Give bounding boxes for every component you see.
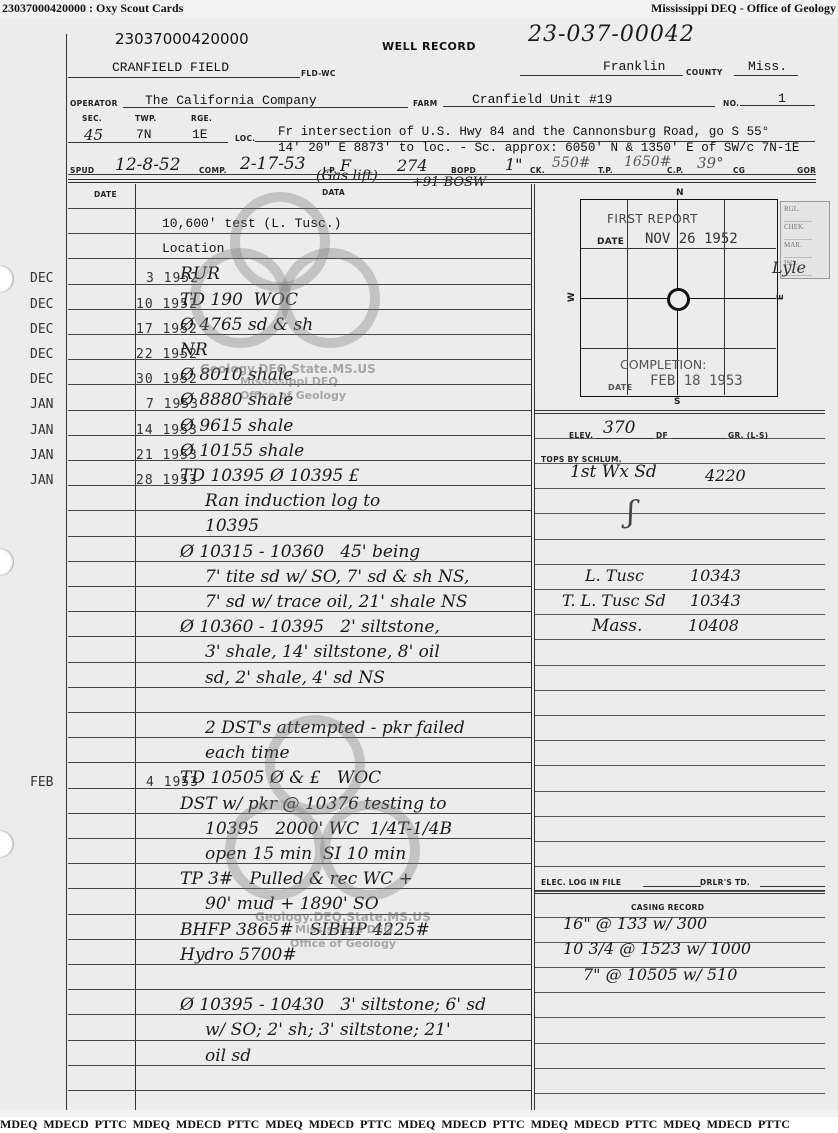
- completion-label: COMPLETION:: [620, 357, 706, 372]
- plat-grid-line: [581, 248, 776, 249]
- ledger-rule: [68, 662, 531, 663]
- right-panel-rule: [535, 488, 825, 489]
- right-panel-rule: [535, 410, 825, 411]
- right-panel-rule: [535, 413, 825, 414]
- watermark-logo-ring: [225, 800, 325, 900]
- check-stamp-item: MAR.: [784, 241, 812, 258]
- well-location-marker-icon: [667, 288, 690, 311]
- ledger-entry-text: 3' shale, 14' siltstone, 8' oil: [205, 642, 440, 662]
- completion-date-label: DATE: [608, 383, 632, 392]
- right-panel-rule: [535, 791, 825, 792]
- watermark-line-3: Office of Geology: [240, 389, 346, 402]
- ledger-date-month: DEC: [30, 322, 53, 337]
- ledger-entry-text: Ran induction log to: [205, 491, 380, 511]
- gr-label: GR. (L-S): [728, 431, 768, 440]
- plat-south: S: [674, 397, 681, 407]
- ledger-entry-text: 7' sd w/ trace oil, 21' shale NS: [205, 592, 468, 612]
- ledger-rule: [68, 989, 531, 990]
- plat-north: N: [676, 188, 684, 198]
- right-panel-rule: [535, 690, 825, 691]
- top-name: L. Tusc: [585, 566, 644, 585]
- ledger-date-month: DEC: [30, 271, 53, 286]
- right-panel-rule: [535, 715, 825, 716]
- ledger-entry-text: Ø 10155 shale: [180, 441, 304, 461]
- right-panel-rule: [535, 513, 825, 514]
- top-name: 1st Wx Sd: [570, 462, 657, 482]
- elec-log-underline: [643, 886, 701, 887]
- right-panel-rule: [535, 890, 825, 891]
- footer-watermark: MDEQ MDECD PTTC MDEQ MDECD PTTC MDEQ MDE…: [0, 1117, 838, 1133]
- ledger-entry-text: sd, 2' shale, 4' sd NS: [205, 668, 385, 688]
- casing-row: 10 3/4 @ 1523 w/ 1000: [563, 939, 751, 958]
- ledger-rule: [68, 410, 531, 411]
- ledger-date-month: JAN: [30, 473, 53, 488]
- right-panel-rule: [535, 740, 825, 741]
- right-panel-rule: [535, 992, 825, 993]
- ledger-rule: [68, 1065, 531, 1066]
- plat-west: W: [567, 292, 577, 302]
- first-report-label: FIRST REPORT: [607, 212, 698, 226]
- right-panel-rule: [535, 866, 825, 867]
- top-name: T. L. Tusc Sd: [562, 591, 666, 610]
- ledger-entry-text: w/ SO; 2' sh; 3' siltstone; 21': [205, 1020, 451, 1040]
- drillers-td-underline: [760, 886, 825, 887]
- top-depth: 10343: [690, 591, 741, 610]
- ledger-rule: [68, 712, 531, 713]
- right-panel-rule: [535, 589, 825, 590]
- watermark-line-2: Mississippi DEQ: [295, 923, 393, 936]
- ledger-date-month: JAN: [30, 397, 53, 412]
- df-label: DF: [656, 431, 668, 440]
- elev-underline: [596, 438, 653, 439]
- drillers-td-label: DRLR'S TD.: [700, 878, 750, 887]
- watermark-logo-ring: [320, 800, 420, 900]
- right-panel-rule: [535, 564, 825, 565]
- watermark-line-1: Geology.DEQ.State.MS.US: [255, 910, 431, 924]
- right-panel-rule: [535, 665, 825, 666]
- first-report-date-label: DATE: [597, 237, 624, 247]
- right-panel-rule: [535, 614, 825, 615]
- reviewer-initials: Lyle: [772, 258, 806, 277]
- right-panel-rule: [535, 841, 825, 842]
- ledger-rule: [68, 1040, 531, 1041]
- casing-record-label: CASING RECORD: [631, 903, 704, 912]
- ledger-entry-text: NR: [180, 340, 208, 360]
- elev-label: ELEV.: [569, 431, 593, 440]
- casing-row: 7" @ 10505 w/ 510: [583, 965, 737, 984]
- casing-row: 16" @ 133 w/ 300: [563, 914, 707, 933]
- watermark-logo-ring: [190, 248, 290, 348]
- right-panel-rule: [535, 893, 825, 894]
- ledger-date-month: JAN: [30, 423, 53, 438]
- ledger-entry-text: oil sd: [205, 1046, 251, 1066]
- right-panel-rule: [535, 816, 825, 817]
- ledger-entry-text: Ø 9615 shale: [180, 416, 293, 436]
- ledger-entry-text: TD 10395 Ø 10395 £: [180, 466, 360, 486]
- right-panel-rule: [535, 1093, 825, 1094]
- plat-grid-line: [581, 348, 776, 349]
- top-depth: 10343: [690, 566, 741, 585]
- watermark-line-3: Office of Geology: [290, 937, 396, 950]
- right-panel-rule: [535, 539, 825, 540]
- ledger-entry-text: Ø 10360 - 10395 2' siltstone,: [180, 617, 440, 637]
- right-panel-rule: [535, 1068, 825, 1069]
- ledger-date-month: DEC: [30, 297, 53, 312]
- watermark-line-2: Mississippi DEQ: [240, 375, 338, 388]
- ledger-rule: [68, 536, 531, 537]
- plat-east: E: [776, 294, 786, 300]
- ledger-entry-text: 7' tite sd w/ SO, 7' sd & sh NS,: [205, 567, 469, 587]
- top-name: Mass.: [592, 616, 642, 636]
- completion-date: FEB 18 1953: [650, 373, 743, 389]
- ledger-rule: [68, 964, 531, 965]
- check-stamp-item: RGL.: [784, 205, 812, 222]
- top-depth: 10408: [688, 616, 739, 635]
- ledger-rule: [68, 1090, 531, 1091]
- watermark-line-1: Geology.DEQ.State.MS.US: [200, 362, 376, 376]
- first-report-date: NOV 26 1952: [645, 231, 738, 247]
- right-panel-rule: [535, 891, 825, 892]
- watermark-logo-ring: [280, 248, 380, 348]
- elev-value: 370: [603, 418, 635, 438]
- ledger-entry-text: Hydro 5700#: [180, 945, 297, 965]
- ledger-date-month: DEC: [30, 347, 53, 362]
- check-stamp-item: CHEK.: [784, 223, 812, 240]
- right-panel-rule: [535, 765, 825, 766]
- right-panel-rule: [535, 639, 825, 640]
- ledger-entry-text: 10395: [205, 516, 259, 536]
- right-panel-rule: [535, 1043, 825, 1044]
- df-underline: [672, 438, 727, 439]
- right-panel-rule: [535, 1017, 825, 1018]
- ledger-date-month: DEC: [30, 372, 53, 387]
- ledger-date-month: FEB: [30, 775, 53, 790]
- top-depth: 4220: [705, 466, 746, 485]
- continuation-squiggle-icon: ʃ: [627, 495, 635, 530]
- elec-log-label: ELEC. LOG IN FILE: [541, 878, 621, 887]
- ledger-entry-text: Ø 10315 - 10360 45' being: [180, 542, 420, 562]
- ledger-date-month: JAN: [30, 448, 53, 463]
- ledger-entry-text: Ø 10395 - 10430 3' siltstone; 6' sd: [180, 995, 486, 1015]
